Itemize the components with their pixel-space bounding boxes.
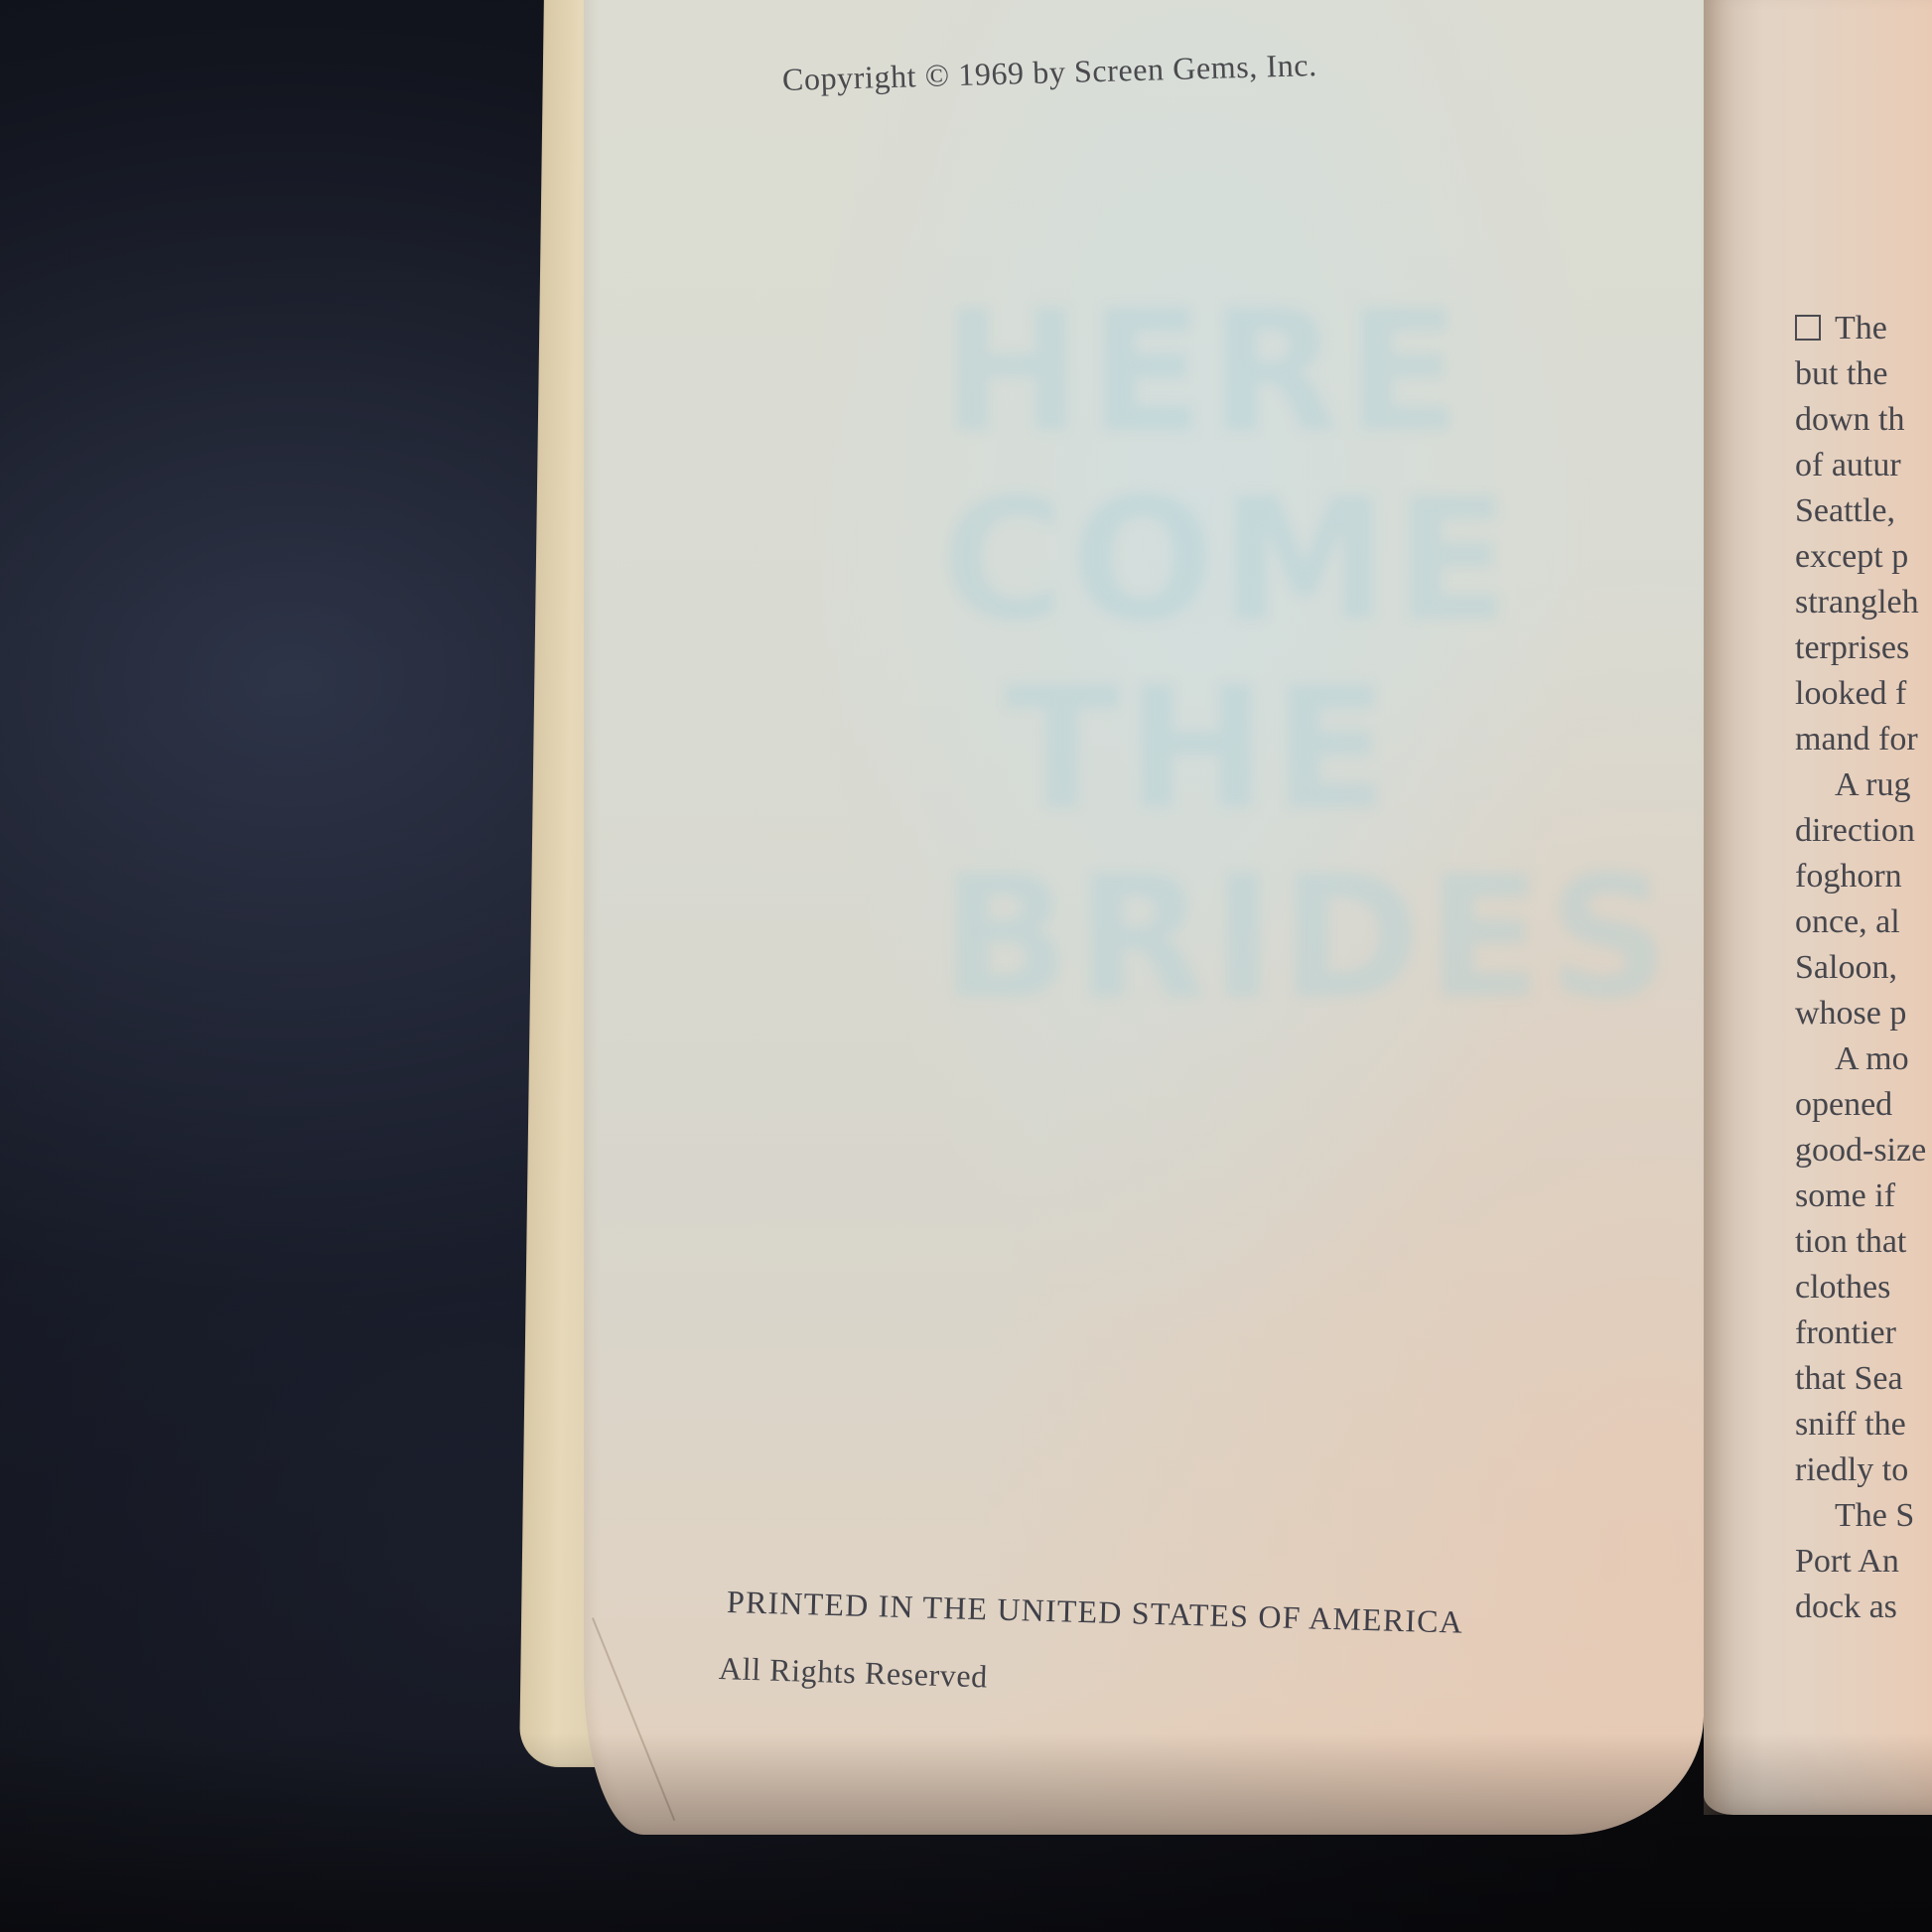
text-line: looked f <box>1795 671 1932 717</box>
text-line: tion that <box>1795 1219 1932 1265</box>
text-line: Seattle, <box>1795 488 1932 534</box>
text-line: but the <box>1795 351 1932 397</box>
text-line: terprises <box>1795 625 1932 671</box>
text-line-content: The <box>1835 310 1887 346</box>
text-line: opened <box>1795 1082 1932 1128</box>
square-ornament-icon <box>1795 315 1821 341</box>
text-line: of autur <box>1795 443 1932 488</box>
reverse-side-show-through: HERE COME THE BRIDES <box>941 278 1457 933</box>
text-line: The <box>1795 306 1932 351</box>
copyright-notice: Copyright © 1969 by Screen Gems, Inc. <box>781 47 1317 98</box>
printed-in-notice: PRINTED IN THE UNITED STATES OF AMERICA <box>726 1584 1463 1641</box>
show-through-line: HERE <box>941 278 1457 467</box>
copyright-page: HERE COME THE BRIDES Copyright © 1969 by… <box>584 0 1704 1835</box>
text-line: Saloon, <box>1795 945 1932 991</box>
body-text-column: The but the down th of autur Seattle, ex… <box>1795 306 1932 1630</box>
text-line: Port An <box>1795 1539 1932 1585</box>
text-line: once, al <box>1795 899 1932 945</box>
rights-notice: All Rights Reserved <box>718 1650 988 1695</box>
right-page: The but the down th of autur Seattle, ex… <box>1704 0 1932 1815</box>
text-line: whose p <box>1795 991 1932 1036</box>
text-line: A mo <box>1795 1036 1932 1082</box>
text-line: A rug <box>1795 762 1932 808</box>
text-line: except p <box>1795 534 1932 580</box>
text-line: dock as <box>1795 1585 1932 1630</box>
text-line: clothes <box>1795 1265 1932 1311</box>
text-line: riedly to <box>1795 1448 1932 1493</box>
text-line: mand for <box>1795 717 1932 762</box>
text-line: direction <box>1795 808 1932 854</box>
text-line: down th <box>1795 397 1932 443</box>
text-line: strangleh <box>1795 580 1932 625</box>
text-line: The S <box>1795 1493 1932 1539</box>
text-line: frontier <box>1795 1311 1932 1356</box>
show-through-line: COME <box>941 467 1457 655</box>
text-line: good-size <box>1795 1128 1932 1173</box>
text-line: some if <box>1795 1173 1932 1219</box>
show-through-line: BRIDES <box>941 844 1457 1033</box>
left-page-container: HERE COME THE BRIDES Copyright © 1969 by… <box>544 0 1706 1827</box>
text-line: that Sea <box>1795 1356 1932 1402</box>
show-through-line: THE <box>941 655 1457 844</box>
text-line: foghorn <box>1795 854 1932 899</box>
page-fold-crease <box>592 1617 675 1821</box>
page-gutter-shadow <box>1704 0 1763 1815</box>
text-line: sniff the <box>1795 1402 1932 1448</box>
